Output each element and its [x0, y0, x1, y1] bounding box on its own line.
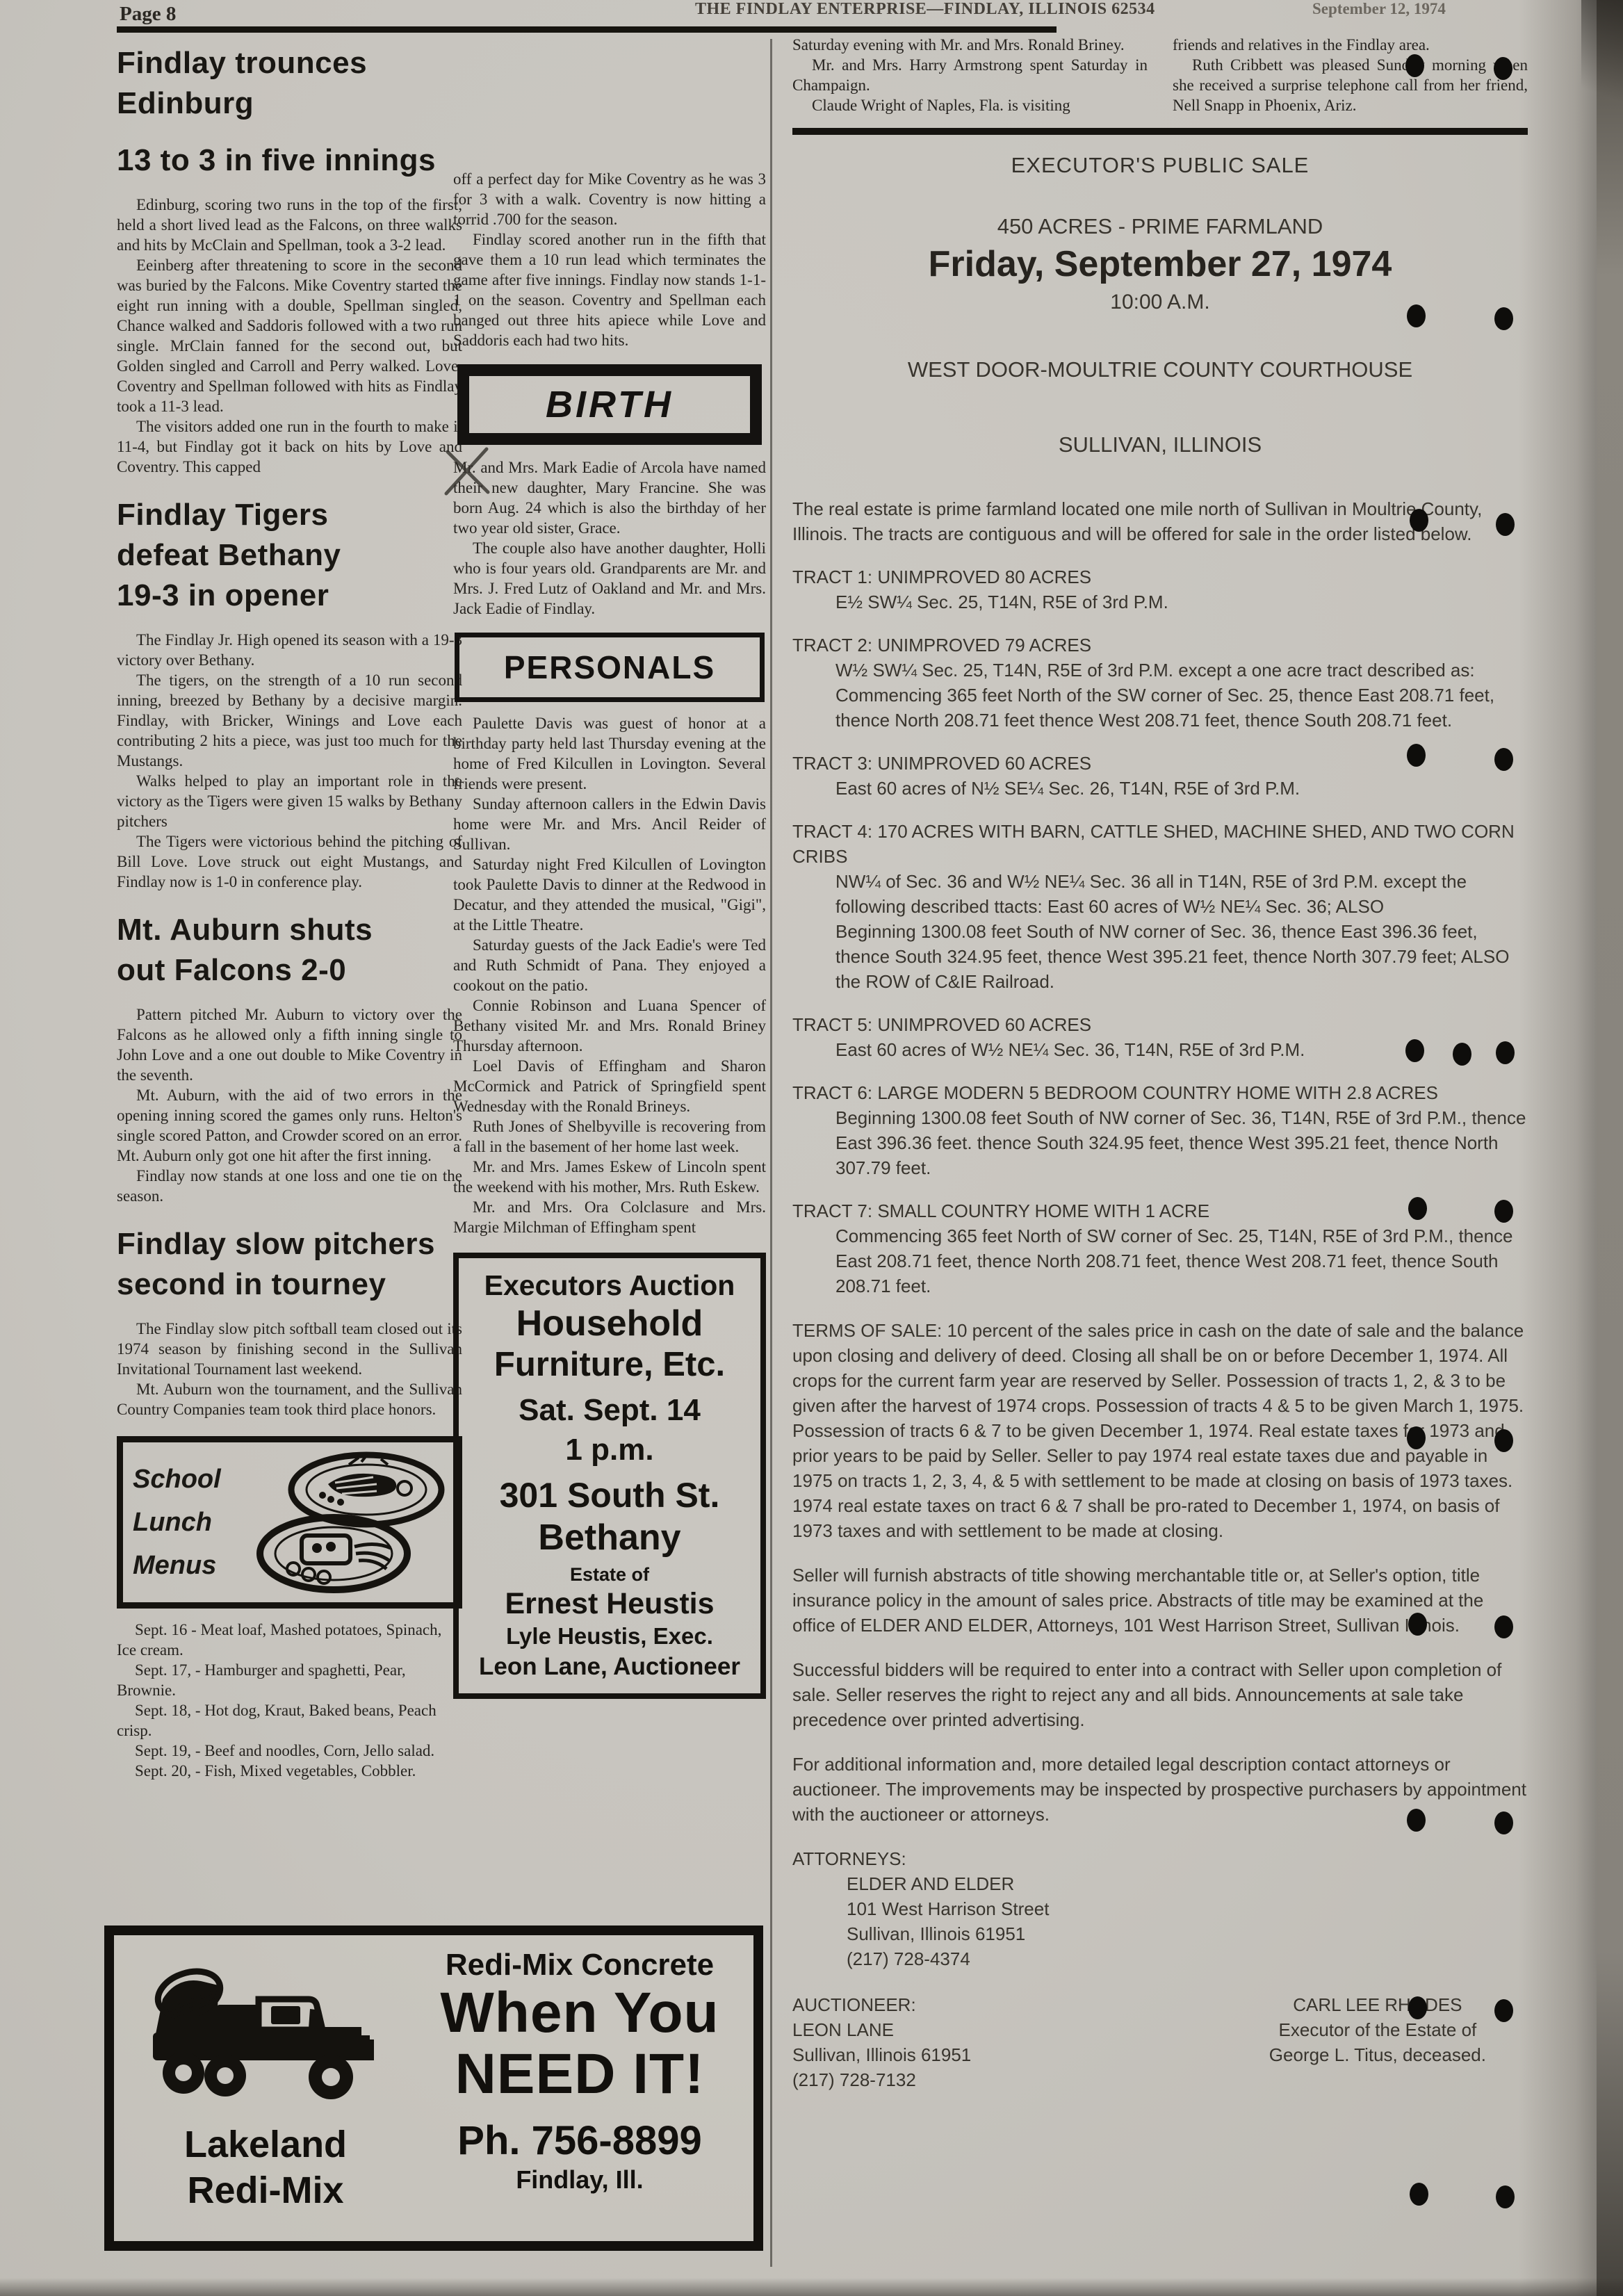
punch-hole [1453, 1043, 1471, 1066]
menu-item: Sept. 20, - Fish, Mixed vegetables, Cobb… [117, 1761, 462, 1781]
punch-hole [1494, 57, 1512, 80]
punch-hole [1408, 1197, 1427, 1220]
punch-hole [1494, 748, 1513, 771]
auction-estate-label: Estate of [464, 1563, 755, 1586]
punch-hole [1410, 509, 1428, 532]
lunch-label-line: School [133, 1458, 221, 1501]
punch-hole [1494, 307, 1513, 330]
auction-city: Bethany [464, 1517, 755, 1558]
article-paragraph: Findlay now stands at one loss and one t… [117, 1166, 462, 1206]
mixer-truck-icon [135, 1951, 385, 2121]
executor-line: George L. Titus, deceased. [1269, 2042, 1486, 2067]
auction-line: Furniture, Etc. [464, 1344, 755, 1385]
personals-paragraph: Ruth Cribbett was pleased Sunday morning… [1173, 55, 1528, 115]
auctioneer-label: AUCTIONEER: [792, 1992, 971, 2017]
auction-time: 1 p.m. [464, 1431, 755, 1469]
punch-hole [1408, 1996, 1427, 2019]
auctioneer-line: (217) 728-7132 [792, 2067, 971, 2092]
headline-line: second in tourney [117, 1264, 462, 1305]
tract-desc: Commencing 365 feet North of the SW corn… [792, 683, 1528, 733]
tract-title: TRACT 5: UNIMPROVED 60 ACRES [792, 1012, 1528, 1037]
attorney-line: (217) 728-4374 [847, 1946, 1528, 1971]
punch-hole [1494, 1200, 1513, 1223]
tract-title: TRACT 1: UNIMPROVED 80 ACRES [792, 564, 1528, 589]
headline-line: Mt. Auburn shuts [117, 910, 462, 950]
menu-item: Sept. 18, - Hot dog, Kraut, Baked beans,… [117, 1700, 462, 1741]
x-mark [442, 445, 495, 498]
lunch-menu-list: Sept. 16 - Meat loaf, Mashed potatoes, S… [117, 1620, 462, 1781]
headline-line: 13 to 3 in five innings [117, 140, 462, 181]
headline-line: out Falcons 2-0 [117, 950, 462, 991]
redimix-city: Findlay, Ill. [406, 2165, 753, 2195]
tract-item: TRACT 4: 170 ACRES WITH BARN, CATTLE SHE… [792, 819, 1528, 994]
article-paragraph: The couple also have another daughter, H… [453, 538, 766, 619]
newspaper-page: Page 8 THE FINDLAY ENTERPRISE—FINDLAY, I… [0, 0, 1623, 2296]
middle-column: off a perfect day for Mike Coventry as h… [453, 169, 766, 1699]
personals-paragraph: Paulette Davis was guest of honor at a b… [453, 713, 766, 794]
sale-title: EXECUTOR'S PUBLIC SALE [792, 153, 1528, 178]
tract-desc: W½ SW¼ Sec. 25, T14N, R5E of 3rd P.M. ex… [792, 658, 1528, 683]
personals-paragraph: friends and relatives in the Findlay are… [1173, 35, 1528, 55]
punch-hole [1410, 2183, 1428, 2206]
punch-hole [1408, 1613, 1427, 1636]
tract-item: TRACT 2: UNIMPROVED 79 ACRES W½ SW¼ Sec.… [792, 633, 1528, 733]
left-column: Findlay trounces Edinburg 13 to 3 in fiv… [117, 43, 462, 1781]
tract-item: TRACT 1: UNIMPROVED 80 ACRES E½ SW¼ Sec.… [792, 564, 1528, 614]
punch-hole [1494, 1999, 1513, 2022]
sale-bidders: Successful bidders will be required to e… [792, 1657, 1528, 1732]
article-paragraph: Eeinberg after threatening to score in t… [117, 255, 462, 416]
tract-title: TRACT 6: LARGE MODERN 5 BEDROOM COUNTRY … [792, 1080, 1528, 1105]
article-tigers: Findlay Tigers defeat Bethany 19-3 in op… [117, 495, 462, 892]
birth-title: BIRTH [546, 384, 674, 425]
tract-desc: NW¼ of Sec. 36 and W½ NE¼ Sec. 36 all in… [792, 869, 1528, 919]
right-column: Saturday evening with Mr. and Mrs. Ronal… [792, 35, 1528, 2092]
personals-paragraph: Saturday night Fred Kilcullen of Lovingt… [453, 854, 766, 935]
tract-desc: Beginning 1300.08 feet South of NW corne… [792, 919, 1528, 994]
sale-city: SULLIVAN, ILLINOIS [792, 432, 1528, 457]
punch-hole [1494, 1429, 1513, 1452]
article-paragraph: Edinburg, scoring two runs in the top of… [117, 195, 462, 255]
article-paragraph: Mt. Auburn won the tournament, and the S… [117, 1379, 462, 1419]
headline-line: Findlay trounces Edinburg [117, 43, 462, 124]
birth-article: Mr. and Mrs. Mark Eadie of Arcola have n… [453, 457, 766, 619]
headline-line: Findlay Tigers [117, 495, 462, 535]
article-paragraph: The Tigers were victorious behind the pi… [117, 831, 462, 892]
school-lunch-label: School Lunch Menus [133, 1458, 221, 1587]
punch-hole [1494, 1811, 1513, 1834]
lunch-label-line: Lunch [133, 1501, 221, 1544]
punch-hole [1494, 1615, 1513, 1638]
headline-line: 19-3 in opener [117, 576, 462, 616]
personals-section-header: PERSONALS [455, 633, 765, 702]
auction-title: Executors Auction [464, 1268, 755, 1303]
tract-item: TRACT 6: LARGE MODERN 5 BEDROOM COUNTRY … [792, 1080, 1528, 1180]
attorney-line: Sullivan, Illinois 61951 [847, 1921, 1528, 1946]
executors-auction-ad: Executors Auction Household Furniture, E… [453, 1253, 766, 1699]
executor-line: CARL LEE RHODES [1269, 1992, 1486, 2017]
article-mt-auburn: Mt. Auburn shuts out Falcons 2-0 Pattern… [117, 910, 462, 1206]
personals-paragraph: Loel Davis of Effingham and Sharon McCor… [453, 1056, 766, 1116]
redimix-ad: Redi-Mix Concrete When You NEED IT! Ph. … [104, 1925, 763, 2251]
article-paragraph: Pattern pitched Mr. Auburn to victory ov… [117, 1004, 462, 1085]
punch-hole [1496, 513, 1515, 536]
school-lunch-box: School Lunch Menus [117, 1436, 462, 1609]
article-trounce-headline: Findlay trounces Edinburg 13 to 3 in fiv… [117, 43, 462, 181]
auction-address: 301 South St. [464, 1474, 755, 1517]
redimix-slogan-line: NEED IT! [406, 2044, 753, 2105]
headline-line: Findlay slow pitchers [117, 1224, 462, 1264]
redimix-slogan-line: When You [406, 1982, 753, 2044]
executor-block: CARL LEE RHODES Executor of the Estate o… [1269, 1992, 1528, 2092]
redimix-ad-text: Redi-Mix Concrete When You NEED IT! Ph. … [406, 1948, 753, 2195]
redimix-company: Lakeland Redi-Mix [133, 2122, 398, 2213]
punch-hole [1496, 1041, 1515, 1064]
article-paragraph: Mt. Auburn, with the aid of two errors i… [117, 1085, 462, 1166]
article-slow-pitch: Findlay slow pitchers second in tourney … [117, 1224, 462, 1419]
auction-line: Household [464, 1303, 755, 1344]
article-paragraph: The Findlay slow pitch softball team clo… [117, 1319, 462, 1379]
auctioneer-block: AUCTIONEER: LEON LANE Sullivan, Illinois… [792, 1992, 971, 2092]
auction-estate-name: Ernest Heustis [464, 1586, 755, 1621]
personals-paragraph: Connie Robinson and Luana Spencer of Bet… [453, 995, 766, 1056]
personals-paragraph: Sunday afternoon callers in the Edwin Da… [453, 794, 766, 854]
personals-title: PERSONALS [504, 649, 715, 685]
article-tigers-headline: Findlay Tigers defeat Bethany 19-3 in op… [117, 495, 462, 616]
masthead-rule [117, 26, 1057, 33]
lunch-plates-illustration [228, 1449, 446, 1595]
auction-auctioneer: Leon Lane, Auctioneer [464, 1652, 755, 1682]
executor-line: Executor of the Estate of [1269, 2017, 1486, 2042]
corner-blot [1581, 0, 1623, 132]
tract-desc: Commencing 365 feet North of SW corner o… [792, 1223, 1528, 1298]
attorneys-block: ATTORNEYS: ELDER AND ELDER 101 West Harr… [792, 1846, 1528, 1971]
article-mt-auburn-headline: Mt. Auburn shuts out Falcons 2-0 [117, 910, 462, 991]
attorney-line: 101 West Harrison Street [847, 1896, 1528, 1921]
lunch-label-line: Menus [133, 1544, 221, 1587]
menu-item: Sept. 16 - Meat loaf, Mashed potatoes, S… [117, 1620, 462, 1660]
personals-paragraph: Saturday evening with Mr. and Mrs. Ronal… [792, 35, 1148, 55]
article-paragraph: off a perfect day for Mike Coventry as h… [453, 169, 766, 229]
article-slow-pitch-headline: Findlay slow pitchers second in tourney [117, 1224, 462, 1305]
column-divider [770, 39, 772, 2267]
personals-paragraph: Ruth Jones of Shelbyville is recovering … [453, 1116, 766, 1157]
article-paragraph: The tigers, on the strength of a 10 run … [117, 670, 462, 771]
punch-hole [1407, 1426, 1426, 1449]
redimix-phone: Ph. 756-8899 [406, 2117, 753, 2164]
punch-hole [1407, 744, 1426, 767]
personals-paragraph: Mr. and Mrs. James Eskew of Lincoln spen… [453, 1157, 766, 1197]
attorney-line: ELDER AND ELDER [847, 1871, 1528, 1896]
menu-item: Sept. 17, - Hamburger and spaghetti, Pea… [117, 1660, 462, 1700]
personals-paragraph: Saturday guests of the Jack Eadie's were… [453, 935, 766, 995]
tract-title: TRACT 4: 170 ACRES WITH BARN, CATTLE SHE… [792, 819, 1528, 869]
masthead: THE FINDLAY ENTERPRISE—FINDLAY, ILLINOIS… [695, 0, 1084, 19]
personals-paragraph: Mr. and Mrs. Harry Armstrong spent Satur… [792, 55, 1148, 95]
page-number: Page 8 [120, 3, 176, 26]
page-bottom-shadow [0, 2278, 1623, 2296]
article-paragraph: Walks helped to play an important role i… [117, 771, 462, 831]
menu-item: Sept. 19, - Beef and noodles, Corn, Jell… [117, 1741, 462, 1761]
page-edge-dark-band [1597, 0, 1623, 2296]
attorneys-label: ATTORNEYS: [792, 1846, 1528, 1871]
article-paragraph: The visitors added one run in the fourth… [117, 416, 462, 477]
auction-executor: Lyle Heustis, Exec. [464, 1621, 755, 1652]
personals-paragraph: Claude Wright of Naples, Fla. is visitin… [792, 95, 1148, 115]
tract-desc: East 60 acres of N½ SE¼ Sec. 26, T14N, R… [792, 776, 1528, 801]
personals-paragraph: Mr. and Mrs. Ora Colclasure and Mrs. Mar… [453, 1197, 766, 1237]
personals-continued-col-a: Saturday evening with Mr. and Mrs. Ronal… [792, 35, 1148, 115]
sale-location: WEST DOOR-MOULTRIE COUNTY COURTHOUSE [792, 357, 1528, 382]
article-paragraph: Mr. and Mrs. Mark Eadie of Arcola have n… [453, 457, 766, 538]
auctioneer-line: Sullivan, Illinois 61951 [792, 2042, 971, 2067]
tract-desc: E½ SW¼ Sec. 25, T14N, R5E of 3rd P.M. [792, 589, 1528, 614]
redimix-company-line: Lakeland [133, 2122, 398, 2167]
auctioneer-line: LEON LANE [792, 2017, 971, 2042]
article-paragraph: The Findlay Jr. High opened its season w… [117, 630, 462, 670]
personals-continued-col-b: friends and relatives in the Findlay are… [1173, 35, 1528, 115]
punch-hole [1405, 1039, 1424, 1062]
tract-desc: Beginning 1300.08 feet South of NW corne… [792, 1105, 1528, 1180]
article-paragraph: Findlay scored another run in the fifth … [453, 229, 766, 350]
sale-subtitle: 450 ACRES - PRIME FARMLAND [792, 214, 1528, 239]
punch-hole [1407, 1809, 1426, 1832]
sale-top-rule [792, 128, 1528, 135]
auction-date: Sat. Sept. 14 [464, 1390, 755, 1431]
tract-title: TRACT 2: UNIMPROVED 79 ACRES [792, 633, 1528, 658]
executors-public-sale-bill: EXECUTOR'S PUBLIC SALE 450 ACRES - PRIME… [792, 153, 1528, 2092]
punch-hole [1405, 54, 1424, 77]
sale-date: Friday, September 27, 1974 [792, 243, 1528, 285]
birth-section-header: BIRTH [457, 364, 762, 445]
redimix-company-line: Redi-Mix [133, 2167, 398, 2213]
punch-hole [1407, 304, 1426, 327]
article-trounce: Findlay trounces Edinburg 13 to 3 in fiv… [117, 43, 462, 477]
issue-date: September 12, 1974 [1312, 0, 1446, 18]
redimix-product: Redi-Mix Concrete [406, 1948, 753, 1982]
headline-line: defeat Bethany [117, 535, 462, 576]
punch-hole [1496, 2185, 1515, 2208]
